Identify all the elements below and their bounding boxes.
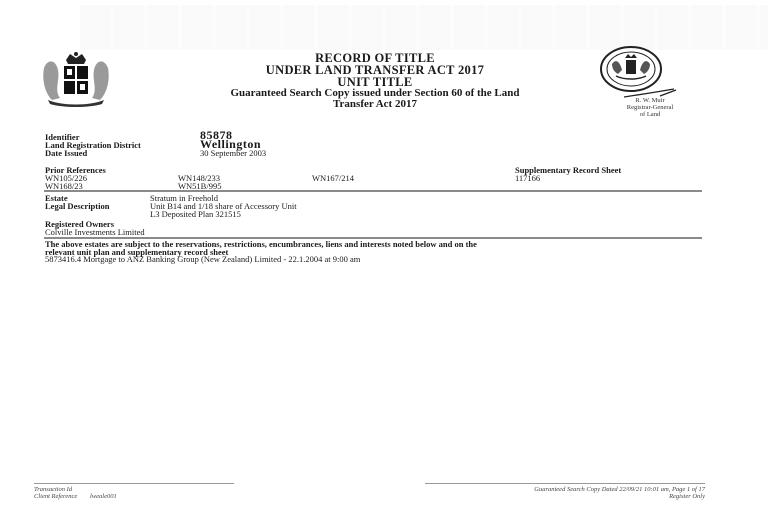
faint-watermark-band: [80, 5, 768, 50]
footer-divider-right: [425, 483, 705, 484]
date-issued-value: 30 September 2003: [200, 149, 266, 157]
client-reference-value: lweale001: [90, 493, 117, 500]
nz-coat-of-arms-icon: [38, 50, 114, 108]
subtitle-line-2: Transfer Act 2017: [150, 99, 600, 110]
date-issued-label: Date Issued: [45, 149, 87, 157]
document-title-block: RECORD OF TITLE UNDER LAND TRANSFER ACT …: [150, 52, 600, 110]
supplementary-value: 117166: [515, 174, 540, 182]
section-divider: [44, 190, 702, 192]
transaction-id: Transaction Id: [34, 486, 72, 493]
registrar-block: R. W. Muir Registrar-General of Land: [596, 97, 704, 118]
registrar-title-1: Registrar-General: [596, 104, 704, 111]
registrar-title-2: of Land: [596, 111, 704, 118]
legal-description-line-2: L3 Deposited Plan 321515: [150, 210, 241, 218]
registrar-name: R. W. Muir: [596, 97, 704, 104]
prior-reference: WN168/23: [45, 182, 83, 190]
legal-description-label: Legal Description: [45, 202, 109, 210]
prior-reference: WN167/214: [312, 174, 354, 182]
client-reference-label: Client Reference: [34, 493, 77, 500]
prior-reference: WN51B/995: [178, 182, 221, 190]
search-copy-info: Guaranteed Search Copy Dated 22/09/21 10…: [425, 486, 705, 493]
footer-divider-left: [34, 483, 234, 484]
register-only: Register Only: [425, 493, 705, 500]
interest-entry: 5873416.4 Mortgage to ANZ Banking Group …: [45, 255, 360, 263]
registered-owners-value: Colville Investments Limited: [45, 228, 145, 236]
registrar-general-seal-icon: [598, 44, 664, 94]
